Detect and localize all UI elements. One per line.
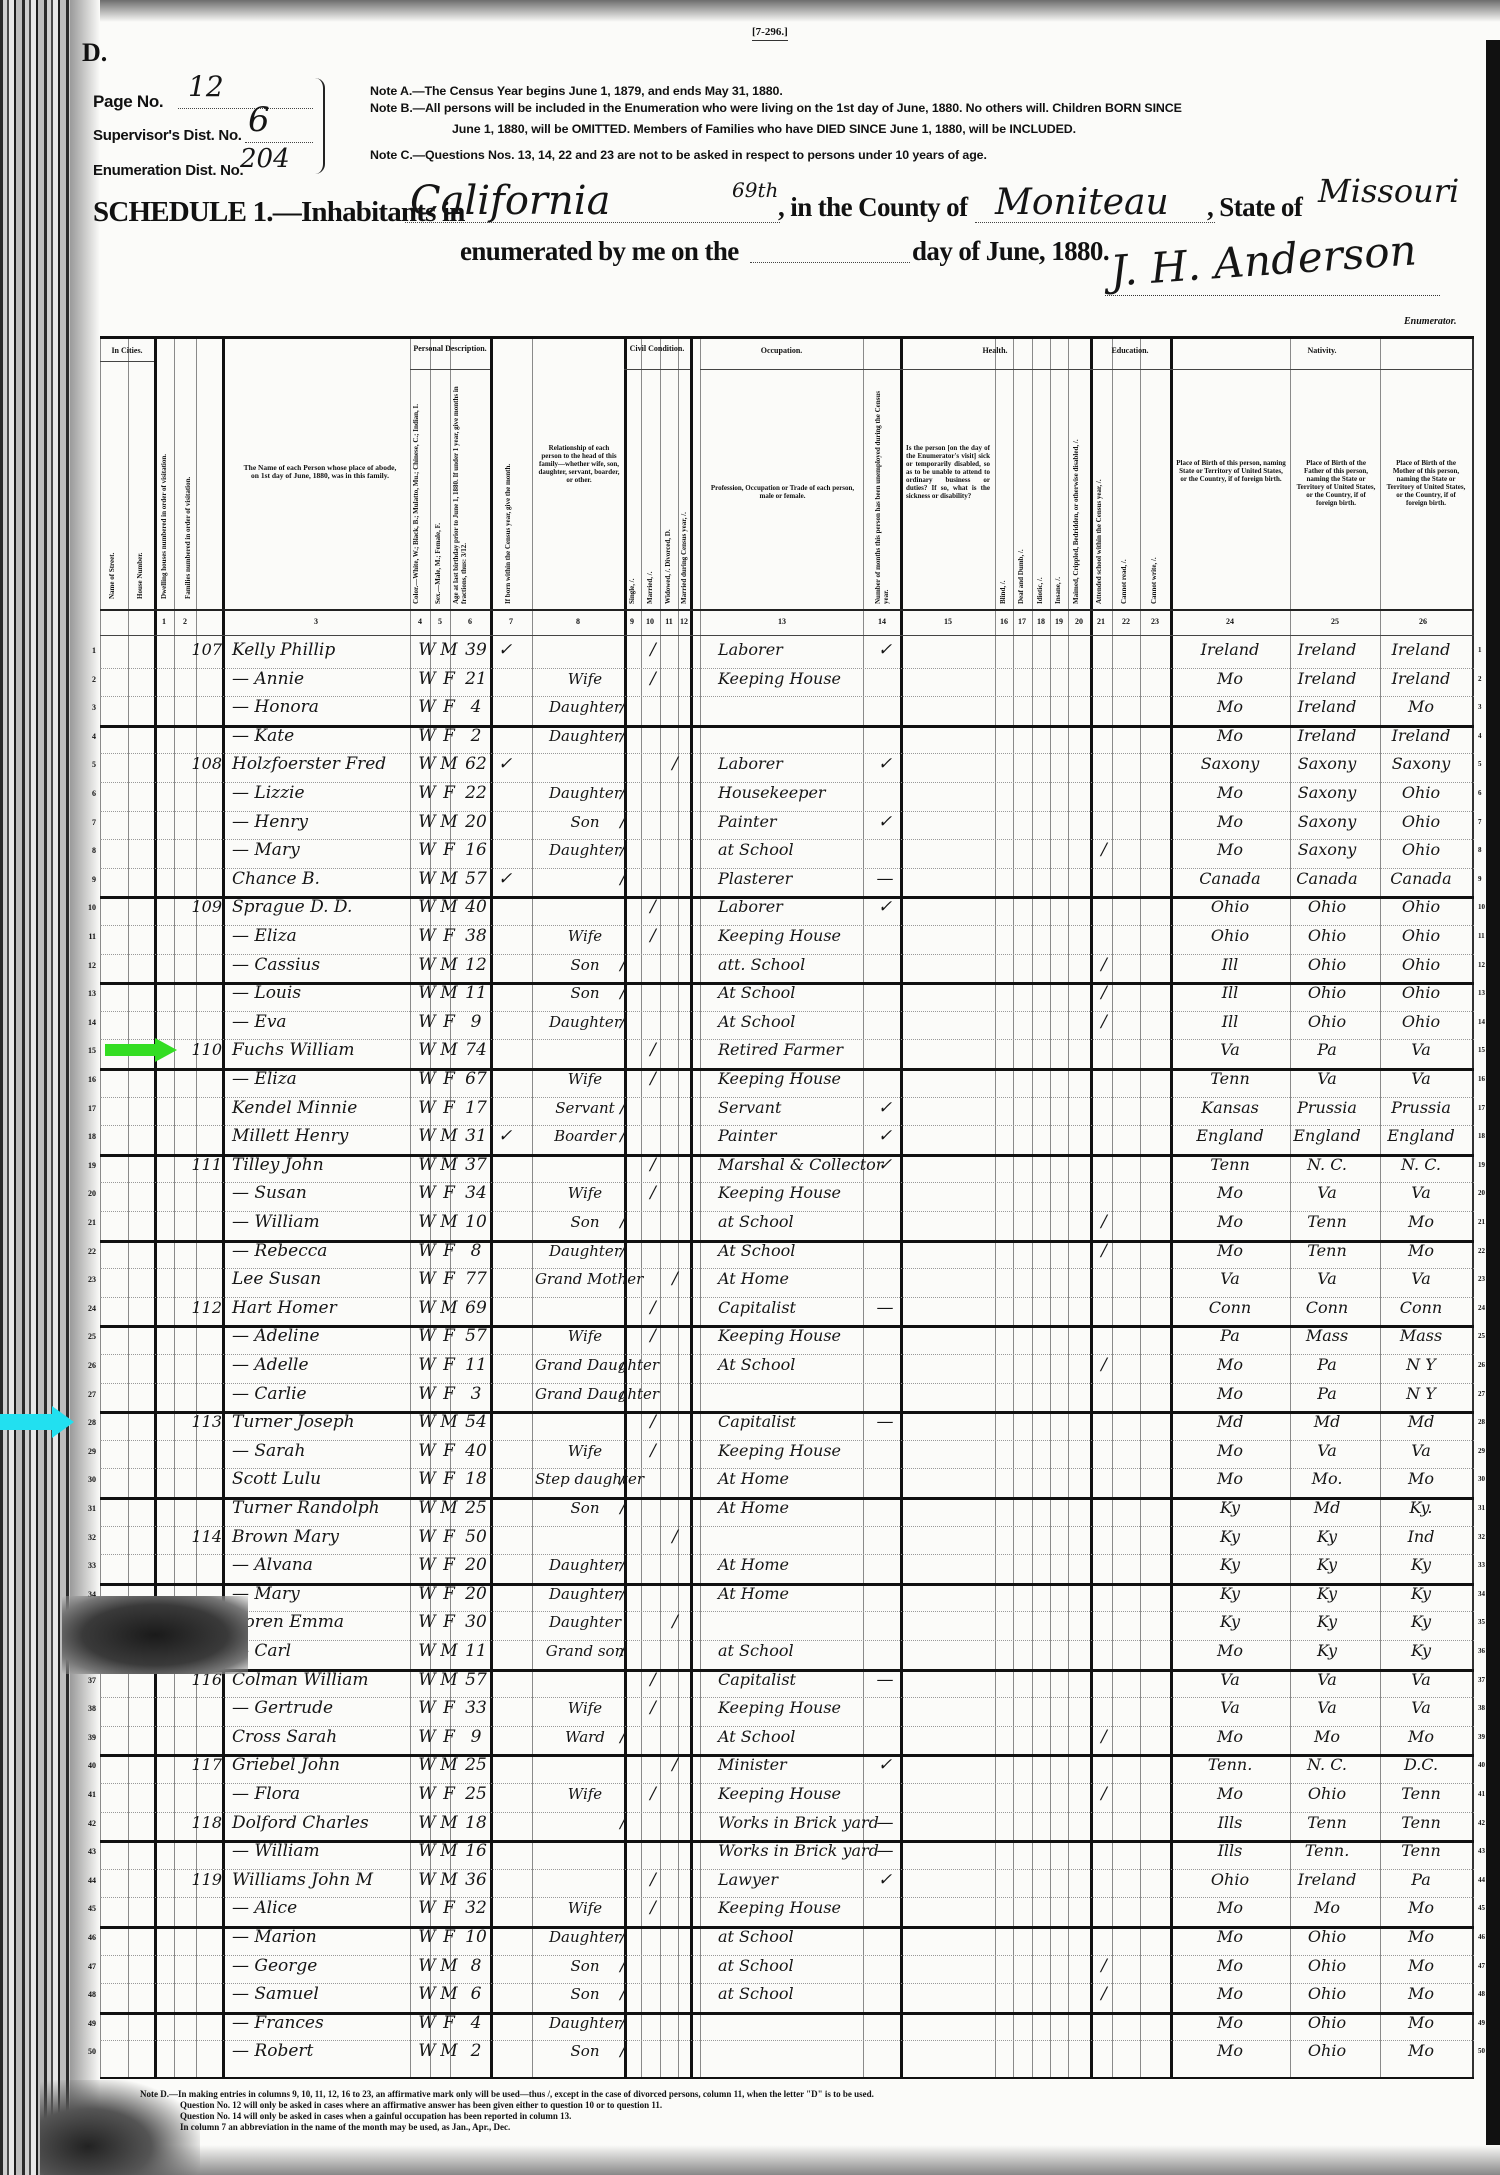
- sex-value: F: [438, 1527, 460, 1547]
- col-line: [995, 339, 996, 2077]
- header-name: The Name of each Person whose place of a…: [240, 464, 400, 480]
- mother-birthplace-value: Ohio: [1376, 840, 1466, 860]
- relationship-value: Daughter: [535, 1612, 635, 1632]
- age-value: 4: [461, 2013, 491, 2033]
- header-occupation: Profession, Occupation or Trade of each …: [710, 484, 855, 500]
- birthplace-value: Ohio: [1180, 897, 1280, 917]
- birthplace-value: Va: [1180, 1040, 1280, 1060]
- column-number: 24: [1215, 617, 1245, 626]
- row-number: 17: [82, 1104, 96, 1113]
- row-number: 18: [82, 1132, 96, 1141]
- occupation-value: Works in Brick yard: [700, 1841, 888, 1861]
- birthplace-value: Mo: [1180, 1183, 1280, 1203]
- sex-value: F: [438, 1384, 460, 1404]
- row-number: 3: [82, 703, 96, 712]
- header-bottom-line: [100, 609, 1474, 611]
- mother-birthplace-value: Mo: [1376, 1984, 1466, 2004]
- father-birthplace-value: Ireland: [1282, 1870, 1372, 1890]
- row-number: 29: [82, 1447, 96, 1456]
- header-widowed: Widowed, /. Divorced, D.: [664, 469, 672, 604]
- father-birthplace-value: Mo: [1282, 1898, 1372, 1918]
- row-number: 9: [82, 875, 96, 884]
- birthplace-value: Mo: [1180, 783, 1280, 803]
- color-value: W: [416, 1298, 438, 1318]
- father-birthplace-value: Ohio: [1282, 1784, 1372, 1804]
- unemployed-mark: —: [873, 1412, 897, 1432]
- row-number-right: 38: [1478, 1704, 1485, 1712]
- mother-birthplace-value: Md: [1376, 1412, 1466, 1432]
- column-number: 6: [455, 617, 485, 626]
- enumerated-label: enumerated by me on the: [460, 236, 739, 267]
- widowed-mark: /: [664, 1269, 686, 1289]
- father-birthplace-value: Va: [1282, 1670, 1372, 1690]
- row-number: 37: [82, 1676, 96, 1685]
- school-mark: /: [1092, 1212, 1116, 1232]
- mother-birthplace-value: Ky: [1376, 1584, 1466, 1604]
- single-mark: /: [612, 1098, 634, 1118]
- unemployed-mark: ✓: [873, 1870, 897, 1890]
- row-number: 26: [82, 1361, 96, 1370]
- mother-birthplace-value: Ky: [1376, 1641, 1466, 1661]
- row-number-right: 15: [1478, 1046, 1485, 1054]
- occupation-value: Works in Brick yard: [700, 1813, 888, 1833]
- father-birthplace-value: Va: [1282, 1183, 1372, 1203]
- note-b-cont: June 1, 1880, will be OMITTED. Members o…: [452, 122, 1076, 136]
- occupation-value: Keeping House: [700, 1784, 888, 1804]
- mother-birthplace-value: Tenn: [1376, 1784, 1466, 1804]
- single-mark: /: [612, 697, 634, 717]
- father-birthplace-value: Tenn: [1282, 1241, 1372, 1261]
- arrow-shaft: [0, 1414, 52, 1430]
- sex-value: F: [438, 1698, 460, 1718]
- row-number-right: 28: [1478, 1418, 1485, 1426]
- row-number: 38: [82, 1704, 96, 1713]
- dwelling-number: 118: [178, 1813, 222, 1833]
- header-house-number: House Number.: [136, 399, 144, 599]
- mother-birthplace-value: Ky: [1376, 1612, 1466, 1632]
- married-mark: /: [642, 1441, 664, 1461]
- birthplace-value: Mo: [1180, 2041, 1280, 2061]
- row-number-right: 20: [1478, 1189, 1485, 1197]
- sex-value: F: [438, 1469, 460, 1489]
- birthplace-value: Mo: [1180, 1956, 1280, 1976]
- row-number-right: 29: [1478, 1447, 1485, 1455]
- occupation-value: at School: [700, 1956, 888, 1976]
- header-insane: Insane, /.: [1054, 539, 1062, 604]
- mother-birthplace-value: Va: [1376, 1040, 1466, 1060]
- sex-value: F: [438, 1269, 460, 1289]
- header-occupation-group: Occupation.: [700, 347, 863, 355]
- group-line-civil: [624, 369, 690, 370]
- color-value: W: [416, 1956, 438, 1976]
- col-line: [1170, 339, 1173, 2077]
- father-birthplace-value: Pa: [1282, 1355, 1372, 1375]
- color-value: W: [416, 1670, 438, 1690]
- mother-birthplace-value: D.C.: [1376, 1755, 1466, 1775]
- father-birthplace-value: Mo: [1282, 1727, 1372, 1747]
- row-number-right: 43: [1478, 1847, 1485, 1855]
- row-number-right: 14: [1478, 1018, 1485, 1026]
- col-line: [222, 339, 225, 2077]
- row-number: 50: [82, 2047, 96, 2056]
- color-value: W: [416, 840, 438, 860]
- color-value: W: [416, 983, 438, 1003]
- married-mark: /: [642, 1069, 664, 1089]
- single-mark: /: [612, 869, 634, 889]
- sex-value: M: [438, 1298, 460, 1318]
- row-number-right: 46: [1478, 1933, 1485, 1941]
- single-mark: /: [612, 1384, 634, 1404]
- age-value: 33: [461, 1698, 491, 1718]
- father-birthplace-value: Va: [1282, 1269, 1372, 1289]
- unemployed-mark: ✓: [873, 640, 897, 660]
- married-mark: /: [642, 1040, 664, 1060]
- color-value: W: [416, 1755, 438, 1775]
- father-birthplace-value: Ohio: [1282, 897, 1372, 917]
- sex-value: M: [438, 1755, 460, 1775]
- color-value: W: [416, 1355, 438, 1375]
- color-value: W: [416, 1212, 438, 1232]
- school-mark: /: [1092, 840, 1116, 860]
- color-value: W: [416, 640, 438, 660]
- married-mark: /: [642, 1870, 664, 1890]
- mother-birthplace-value: Ohio: [1376, 812, 1466, 832]
- mother-birthplace-value: Ohio: [1376, 783, 1466, 803]
- sex-value: F: [438, 1727, 460, 1747]
- father-birthplace-value: Ohio: [1282, 2041, 1372, 2061]
- col-line: [678, 339, 679, 2077]
- dwelling-number: 111: [178, 1155, 222, 1175]
- sex-value: F: [438, 697, 460, 717]
- col-line: [532, 339, 533, 2077]
- row-number-right: 48: [1478, 1990, 1485, 1998]
- row-number-right: 50: [1478, 2047, 1485, 2055]
- birthplace-value: Mo: [1180, 812, 1280, 832]
- row-number-right: 16: [1478, 1075, 1485, 1083]
- birthplace-value: Ky: [1180, 1498, 1280, 1518]
- birthplace-value: Ky: [1180, 1584, 1280, 1604]
- age-value: 20: [461, 1555, 491, 1575]
- row-number-right: 1: [1478, 646, 1482, 654]
- color-value: W: [416, 697, 438, 717]
- header-blind: Blind, /.: [999, 539, 1007, 604]
- birthplace-value: England: [1180, 1126, 1280, 1146]
- occupation-value: Painter: [700, 812, 888, 832]
- father-birthplace-value: Va: [1282, 1069, 1372, 1089]
- birthplace-value: Conn: [1180, 1298, 1280, 1318]
- form-letter: D.: [82, 38, 107, 68]
- widowed-mark: /: [664, 1612, 686, 1632]
- father-birthplace-value: Saxony: [1282, 840, 1372, 860]
- single-mark: /: [612, 1555, 634, 1575]
- color-value: W: [416, 1498, 438, 1518]
- sex-value: F: [438, 1441, 460, 1461]
- occupation-value: at School: [700, 840, 888, 860]
- occupation-value: at School: [700, 1212, 888, 1232]
- header-married-year: Married during Census year, /.: [680, 449, 688, 604]
- sex-value: M: [438, 2041, 460, 2061]
- single-mark: /: [612, 1813, 634, 1833]
- note-b: Note B.—All persons will be included in …: [370, 101, 1182, 115]
- mother-birthplace-value: Ohio: [1376, 897, 1466, 917]
- row-number: 31: [82, 1504, 96, 1513]
- occupation-value: Minister: [700, 1755, 888, 1775]
- birthplace-value: Ill: [1180, 983, 1280, 1003]
- single-mark: /: [612, 2041, 634, 2061]
- single-mark: /: [612, 1469, 634, 1489]
- married-mark: /: [642, 640, 664, 660]
- sex-value: M: [438, 1126, 460, 1146]
- father-birthplace-value: N. C.: [1282, 1755, 1372, 1775]
- mother-birthplace-value: Mass: [1376, 1326, 1466, 1346]
- mother-birthplace-value: Ohio: [1376, 955, 1466, 975]
- occupation-value: Capitalist: [700, 1298, 888, 1318]
- birthplace-value: Mo: [1180, 1441, 1280, 1461]
- row-number: 47: [82, 1962, 96, 1971]
- row-number-right: 24: [1478, 1304, 1485, 1312]
- row-number-right: 42: [1478, 1819, 1485, 1827]
- row-number: 6: [82, 789, 96, 798]
- father-birthplace-value: Ohio: [1282, 1012, 1372, 1032]
- occupation-value: Capitalist: [700, 1412, 888, 1432]
- sex-value: F: [438, 1355, 460, 1375]
- county-line: [975, 222, 1215, 223]
- birthplace-value: Mo: [1180, 1469, 1280, 1489]
- occupation-value: Keeping House: [700, 669, 888, 689]
- sex-value: M: [438, 1813, 460, 1833]
- group-line-personal: [410, 369, 490, 370]
- book-binding: [0, 0, 70, 2175]
- father-birthplace-value: Ohio: [1282, 1984, 1372, 2004]
- color-value: W: [416, 1412, 438, 1432]
- relationship-value: Wife: [535, 1898, 635, 1918]
- color-value: W: [416, 1727, 438, 1747]
- sex-value: M: [438, 983, 460, 1003]
- single-mark: /: [612, 1956, 634, 1976]
- birth-month-mark: ✓: [498, 640, 548, 660]
- single-mark: /: [612, 1727, 634, 1747]
- relationship-value: Wife: [535, 1183, 635, 1203]
- birthplace-value: Va: [1180, 1670, 1280, 1690]
- unemployed-mark: ✓: [873, 812, 897, 832]
- birthplace-value: Ills: [1180, 1841, 1280, 1861]
- row-number: 15: [82, 1046, 96, 1055]
- row-number: 22: [82, 1247, 96, 1256]
- occupation-value: At School: [700, 983, 888, 1003]
- mother-birthplace-value: Ireland: [1376, 640, 1466, 660]
- relationship-value: Wife: [535, 669, 635, 689]
- column-number: 7: [496, 617, 526, 626]
- row-number-right: 26: [1478, 1361, 1485, 1369]
- row-number-right: 12: [1478, 961, 1485, 969]
- father-birthplace-value: Pa: [1282, 1384, 1372, 1404]
- color-value: W: [416, 955, 438, 975]
- relationship-value: Wife: [535, 926, 635, 946]
- sex-value: M: [438, 897, 460, 917]
- school-mark: /: [1092, 1241, 1116, 1261]
- row-number: 45: [82, 1904, 96, 1913]
- row-number-right: 44: [1478, 1876, 1485, 1884]
- row-number-right: 10: [1478, 903, 1485, 911]
- single-mark: /: [612, 840, 634, 860]
- colnum-bottom-line: [100, 635, 1474, 636]
- sex-value: F: [438, 1241, 460, 1261]
- occupation-value: Marshal & Collector: [700, 1155, 888, 1175]
- footnote-line: Question No. 12 will only be asked in ca…: [140, 2100, 874, 2111]
- father-birthplace-value: Ireland: [1282, 669, 1372, 689]
- col-line: [1050, 339, 1051, 2077]
- father-birthplace-value: Tenn: [1282, 1813, 1372, 1833]
- row-number: 41: [82, 1790, 96, 1799]
- occupation-value: At Home: [700, 1269, 888, 1289]
- age-value: 57: [461, 1326, 491, 1346]
- occupation-value: At School: [700, 1012, 888, 1032]
- occupation-value: Servant: [700, 1098, 888, 1118]
- column-number: 25: [1320, 617, 1350, 626]
- married-mark: /: [642, 897, 664, 917]
- sex-value: F: [438, 1555, 460, 1575]
- row-number: 8: [82, 846, 96, 855]
- married-mark: /: [642, 669, 664, 689]
- age-value: 69: [461, 1298, 491, 1318]
- sex-value: F: [438, 1098, 460, 1118]
- school-mark: /: [1092, 1012, 1116, 1032]
- header-cannot-write: Cannot write, /.: [1150, 529, 1158, 604]
- father-birthplace-value: Saxony: [1282, 812, 1372, 832]
- mother-birthplace-value: Mo: [1376, 2013, 1466, 2033]
- color-value: W: [416, 1012, 438, 1032]
- header-street: Name of Street.: [108, 399, 116, 599]
- married-mark: /: [642, 926, 664, 946]
- age-value: 62: [461, 754, 491, 774]
- row-number-right: 41: [1478, 1790, 1485, 1798]
- color-value: W: [416, 869, 438, 889]
- place-line: [405, 222, 780, 223]
- row-number-right: 19: [1478, 1161, 1485, 1169]
- header-nativity-group: Nativity.: [1170, 347, 1474, 355]
- widowed-mark: /: [664, 1527, 686, 1547]
- group-line-nativity: [1170, 369, 1474, 370]
- mother-birthplace-value: Mo: [1376, 1241, 1466, 1261]
- birthplace-value: Md: [1180, 1412, 1280, 1432]
- header-dwelling: Dwelling houses numbered in order of vis…: [160, 379, 168, 599]
- father-birthplace-value: Mo.: [1282, 1469, 1372, 1489]
- row-number: 32: [82, 1533, 96, 1542]
- father-birthplace-value: Canada: [1282, 869, 1372, 889]
- mother-birthplace-value: Mo: [1376, 1212, 1466, 1232]
- row-number-right: 35: [1478, 1618, 1485, 1626]
- occupation-value: Keeping House: [700, 1326, 888, 1346]
- age-value: 3: [461, 1384, 491, 1404]
- arrow-head: [155, 1038, 177, 1062]
- sex-value: F: [438, 840, 460, 860]
- age-value: 12: [461, 955, 491, 975]
- col-line: [660, 339, 661, 2077]
- single-mark: /: [612, 1584, 634, 1604]
- arrow-shaft: [105, 1044, 155, 1056]
- age-value: 10: [461, 1212, 491, 1232]
- mother-birthplace-value: Va: [1376, 1441, 1466, 1461]
- occupation-value: Keeping House: [700, 1698, 888, 1718]
- birthplace-value: Ohio: [1180, 1870, 1280, 1890]
- birthplace-value: Mo: [1180, 1641, 1280, 1661]
- place-name: California: [410, 178, 610, 224]
- single-mark: /: [612, 1012, 634, 1032]
- scan-edge-right: [1486, 40, 1500, 2175]
- occupation-value: At School: [700, 1355, 888, 1375]
- school-mark: /: [1092, 1727, 1116, 1747]
- row-number: 12: [82, 961, 96, 970]
- father-birthplace-value: Ky: [1282, 1527, 1372, 1547]
- mother-birthplace-value: England: [1376, 1126, 1466, 1146]
- sex-value: M: [438, 640, 460, 660]
- unemployed-mark: ✓: [873, 1098, 897, 1118]
- birthplace-value: Ireland: [1180, 640, 1280, 660]
- birthplace-value: Mo: [1180, 1784, 1280, 1804]
- birthplace-value: Saxony: [1180, 754, 1280, 774]
- green-arrow-icon: [105, 1038, 177, 1062]
- dwelling-number: 119: [178, 1870, 222, 1890]
- col-line: [174, 339, 175, 2077]
- mother-birthplace-value: Pa: [1376, 1870, 1466, 1890]
- color-value: W: [416, 1584, 438, 1604]
- school-mark: /: [1092, 1784, 1116, 1804]
- row-number: 13: [82, 989, 96, 998]
- mother-birthplace-value: Ohio: [1376, 926, 1466, 946]
- row-number-right: 2: [1478, 675, 1482, 683]
- age-value: 25: [461, 1784, 491, 1804]
- row-number: 16: [82, 1075, 96, 1084]
- sex-value: F: [438, 669, 460, 689]
- census-page: D. [7-296.] Page No. 12 Supervisor's Dis…: [0, 0, 1500, 2175]
- group-line-health: [900, 369, 1090, 370]
- mother-birthplace-value: Mo: [1376, 1927, 1466, 1947]
- row-number: 21: [82, 1218, 96, 1227]
- father-birthplace-value: Saxony: [1282, 783, 1372, 803]
- sex-value: M: [438, 1841, 460, 1861]
- color-value: W: [416, 1469, 438, 1489]
- row-number-right: 17: [1478, 1104, 1485, 1112]
- col-line: [1090, 339, 1093, 2077]
- sex-value: F: [438, 1584, 460, 1604]
- col-line: [1112, 339, 1113, 2077]
- father-birthplace-value: Ky: [1282, 1584, 1372, 1604]
- single-mark: /: [612, 1241, 634, 1261]
- row-number: 2: [82, 675, 96, 684]
- header-color: Color.—White, W.; Black, B.; Mulatto, Mu…: [412, 379, 420, 604]
- birthplace-value: Ohio: [1180, 926, 1280, 946]
- age-value: 6: [461, 1984, 491, 2004]
- birthplace-value: Mo: [1180, 1898, 1280, 1918]
- married-mark: /: [642, 1155, 664, 1175]
- column-number: 5: [425, 617, 455, 626]
- mother-birthplace-value: Va: [1376, 1670, 1466, 1690]
- occupation-value: Painter: [700, 1126, 888, 1146]
- unemployed-mark: —: [873, 1813, 897, 1833]
- color-value: W: [416, 897, 438, 917]
- sex-value: M: [438, 1498, 460, 1518]
- relationship-value: Wife: [535, 1069, 635, 1089]
- single-mark: /: [612, 983, 634, 1003]
- supervisor-dist-value: 6: [248, 100, 270, 140]
- married-mark: /: [642, 1412, 664, 1432]
- age-value: 31: [461, 1126, 491, 1146]
- unemployed-mark: —: [873, 869, 897, 889]
- page-number-line: [178, 108, 313, 109]
- color-value: W: [416, 754, 438, 774]
- header-single: Single, /.: [628, 529, 636, 604]
- father-birthplace-value: Tenn.: [1282, 1841, 1372, 1861]
